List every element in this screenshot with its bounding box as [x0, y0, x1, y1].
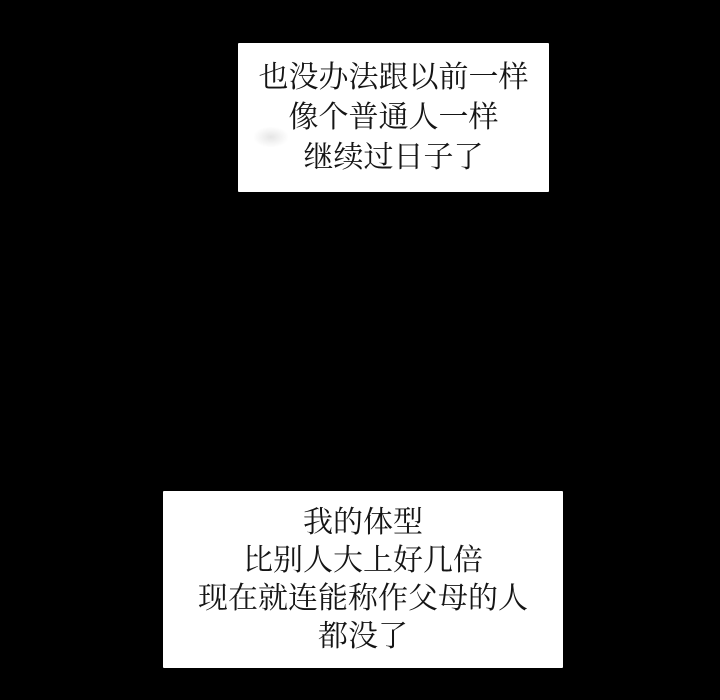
- caption-bottom-line-2: 比别人大上好几倍: [243, 542, 483, 580]
- caption-bottom-line-4: 都没了: [318, 618, 408, 656]
- caption-bottom-line-3: 现在就连能称作父母的人: [198, 580, 528, 618]
- caption-box-bottom: 我的体型 比别人大上好几倍 现在就连能称作父母的人 都没了: [163, 491, 563, 668]
- comic-page: 也没办法跟以前一样 像个普通人一样 继续过日子了 我的体型 比别人大上好几倍 现…: [0, 0, 720, 700]
- caption-top-line-2: 像个普通人一样: [289, 98, 499, 138]
- smudge-artifact: [254, 127, 288, 147]
- caption-top-line-1: 也没办法跟以前一样: [259, 58, 529, 98]
- caption-top-line-3: 继续过日子了: [304, 138, 484, 178]
- caption-box-top: 也没办法跟以前一样 像个普通人一样 继续过日子了: [238, 43, 549, 192]
- caption-bottom-line-1: 我的体型: [303, 504, 423, 542]
